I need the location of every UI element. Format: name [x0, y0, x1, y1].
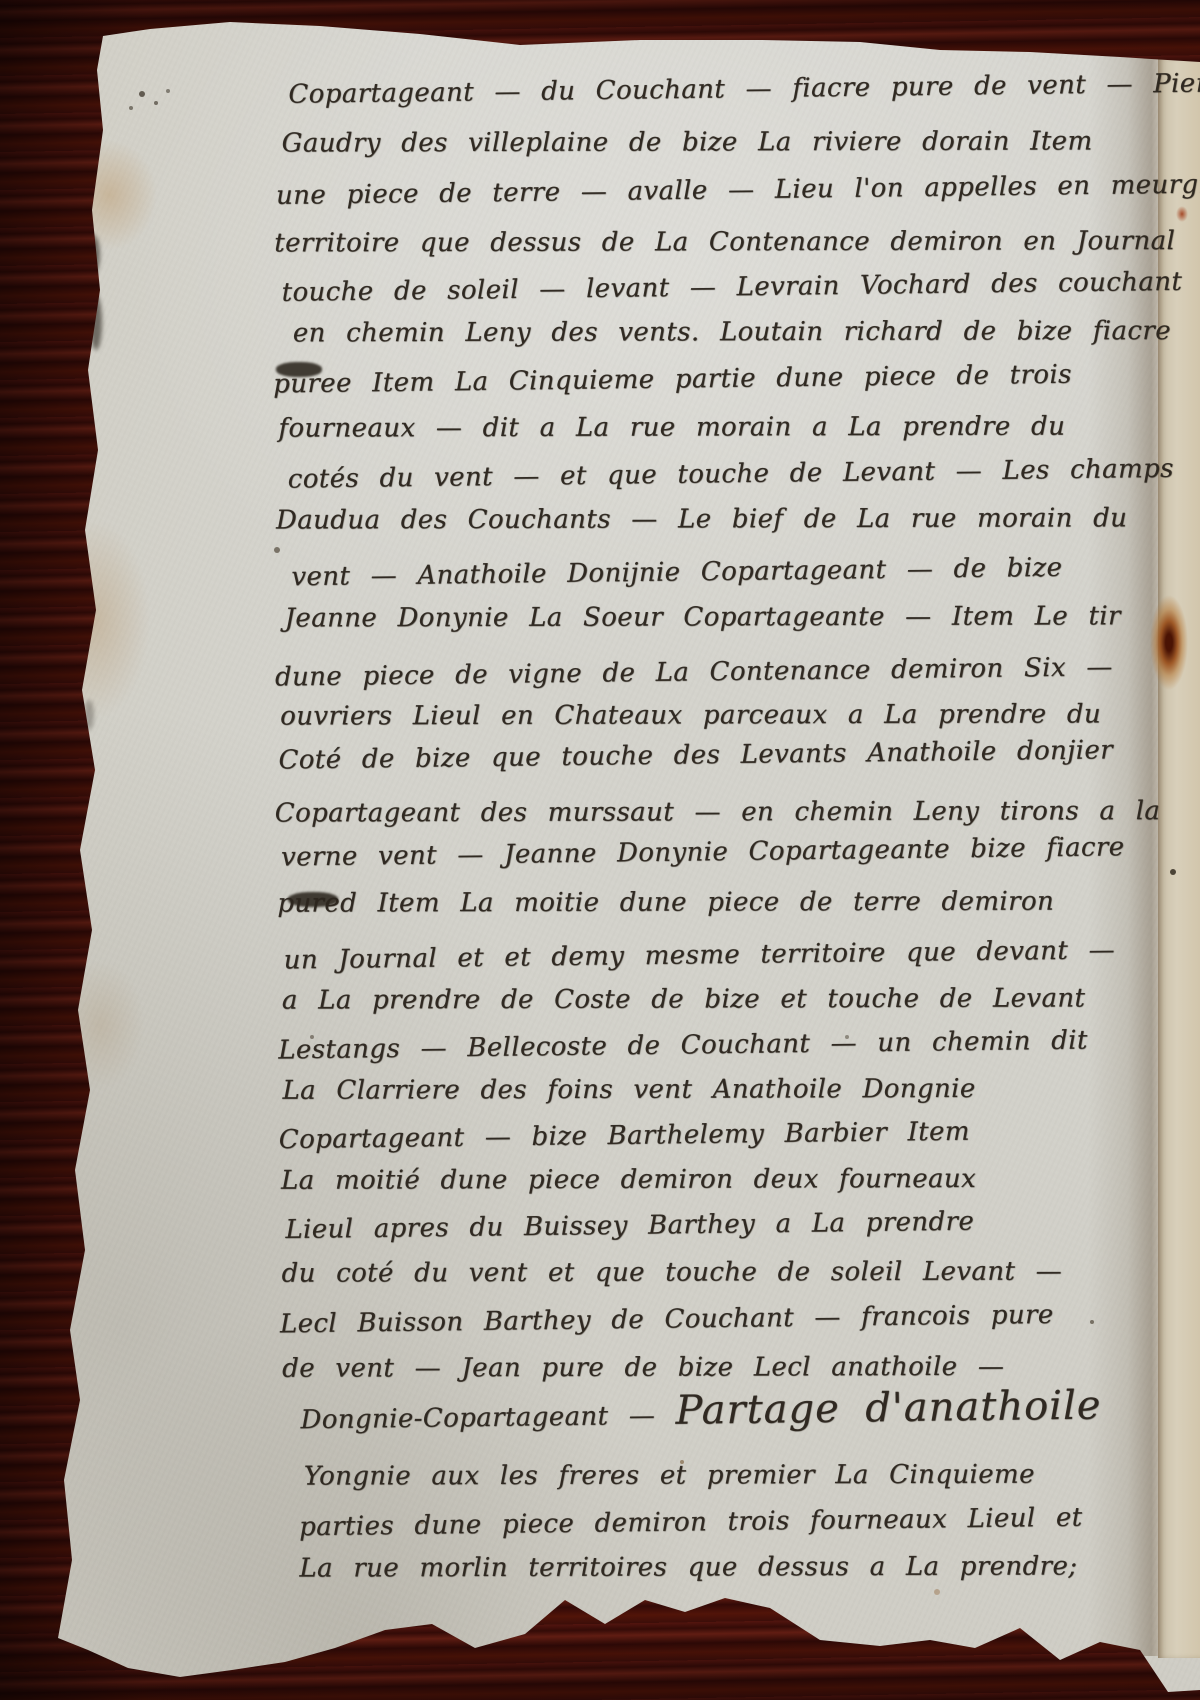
manuscript-line-8: fourneaux — dit a La rue morain a La pre… — [278, 399, 1065, 447]
line-text: La moitié dune piece demiron deux fourne… — [281, 1164, 976, 1196]
manuscript-line-5: touche de soleil — levant — Levrain Voch… — [281, 253, 1200, 311]
handwritten-text-block: Copartageant — du Couchant — fiacre pure… — [0, 0, 1200, 1700]
manuscript-line-18: pured Item La moitie dune piece de terre… — [277, 874, 1054, 922]
manuscript-line-20: a La prendre de Coste de bize et touche … — [282, 970, 1086, 1018]
manuscript-line-25: Lieul apres du Buissey Barthey a La pren… — [285, 1194, 974, 1248]
manuscript-line-3: une piece de terre — avalle — Lieu l'on … — [276, 156, 1200, 214]
line-text: puree Item La Cinquieme partie dune piec… — [273, 360, 1072, 400]
manuscript-line-24: La moitié dune piece demiron deux fourne… — [281, 1151, 976, 1199]
manuscript-line-23: Copartageant — bize Barthelemy Barbier I… — [278, 1104, 970, 1158]
photo-background-wood-table: Copartageant — du Couchant — fiacre pure… — [0, 0, 1200, 1700]
manuscript-line-27: Lecl Buisson Barthey de Couchant — franc… — [280, 1287, 1054, 1342]
line-text: Lecl Buisson Barthey de Couchant — franc… — [280, 1300, 1054, 1339]
line-text: Dongnie-Copartageant — — [300, 1401, 675, 1436]
manuscript-line-32: La rue morlin territoires que dessus a L… — [299, 1538, 1077, 1586]
manuscript-line-11: vent — Anathoile Donijnie Copartageant —… — [291, 540, 1063, 595]
manuscript-line-10: Daudua des Couchants — Le bief de La rue… — [276, 490, 1127, 538]
manuscript-line-29: Dongnie-Copartageant — Partage d'anathoi… — [300, 1383, 1101, 1439]
line-text: Coté de bize que touche des Levants Anat… — [278, 735, 1113, 775]
line-text: en chemin Leny des vents. Loutain richar… — [293, 316, 1171, 348]
manuscript-line-1: Copartageant — du Couchant — fiacre pure… — [288, 55, 1200, 113]
line-text: Yongnie aux les freres et premier La Cin… — [304, 1460, 1035, 1492]
line-text: fourneaux — dit a La rue morain a La pre… — [278, 412, 1065, 444]
ink-and-dirt-speckles — [0, 0, 4, 4]
line-text: parties dune piece demiron trois fournea… — [299, 1503, 1083, 1543]
manuscript-line-7: puree Item La Cinquieme partie dune piec… — [273, 347, 1072, 403]
manuscript-line-17: verne vent — Jeanne Donynie Copartageant… — [281, 819, 1125, 875]
manuscript-line-9: cotés du vent — et que touche de Levant … — [287, 441, 1174, 498]
manuscript-line-31: parties dune piece demiron trois fournea… — [299, 1490, 1083, 1546]
manuscript-line-6: en chemin Leny des vents. Loutain richar… — [293, 303, 1171, 351]
line-text: touche de soleil — levant — Levrain Voch… — [281, 266, 1200, 308]
line-text-large: Partage d'anathoile — [675, 1383, 1101, 1434]
manuscript-line-22: La Clarriere des foins vent Anathoile Do… — [282, 1061, 975, 1109]
line-text: cotés du vent — et que touche de Levant … — [288, 454, 1174, 495]
line-text: du coté du vent et que touche de soleil … — [282, 1257, 1063, 1289]
line-text: Lieul apres du Buissey Barthey a La pren… — [285, 1207, 974, 1245]
line-text: a La prendre de Coste de bize et touche … — [282, 983, 1086, 1015]
manuscript-line-28: de vent — Jean pure de bize Lecl anathoi… — [282, 1339, 1004, 1387]
line-text: Copartageant — bize Barthelemy Barbier I… — [279, 1117, 970, 1155]
manuscript-line-12: Jeanne Donynie La Soeur Copartageante — … — [284, 588, 1120, 636]
line-text: une piece de terre — avalle — Lieu l'on … — [276, 169, 1200, 211]
line-text: Copartageant — du Couchant — fiacre pure… — [288, 68, 1200, 110]
line-text: Lestangs — Bellecoste de Couchant — un c… — [278, 1026, 1088, 1066]
manuscript-page: Copartageant — du Couchant — fiacre pure… — [0, 0, 1200, 1700]
line-text: un Journal et et demy mesme territoire q… — [284, 935, 1116, 975]
manuscript-line-26: du coté du vent et que touche de soleil … — [281, 1244, 1062, 1292]
manuscript-line-2: Gaudry des villeplaine de bize La rivier… — [282, 113, 1093, 161]
line-text: La rue morlin territoires que dessus a L… — [299, 1551, 1077, 1583]
line-text: pured Item La moitie dune piece de terre… — [277, 887, 1054, 919]
line-text: verne vent — Jeanne Donynie Copartageant… — [281, 832, 1125, 872]
manuscript-line-15: Coté de bize que touche des Levants Anat… — [278, 722, 1113, 778]
line-text: Gaudry des villeplaine de bize La rivier… — [282, 126, 1093, 158]
line-text: territoire que dessus de La Contenance d… — [274, 226, 1175, 258]
manuscript-line-4: territoire que dessus de La Contenance d… — [274, 213, 1175, 261]
line-text: La Clarriere des foins vent Anathoile Do… — [282, 1074, 975, 1106]
line-text: de vent — Jean pure de bize Lecl anathoi… — [282, 1352, 1004, 1384]
manuscript-line-30: Yongnie aux les freres et premier La Cin… — [304, 1447, 1035, 1495]
line-text: vent — Anathoile Donijnie Copartageant —… — [291, 553, 1062, 592]
line-text: Jeanne Donynie La Soeur Copartageante — … — [285, 601, 1121, 633]
line-text: Daudua des Couchants — Le bief de La rue… — [276, 503, 1127, 535]
